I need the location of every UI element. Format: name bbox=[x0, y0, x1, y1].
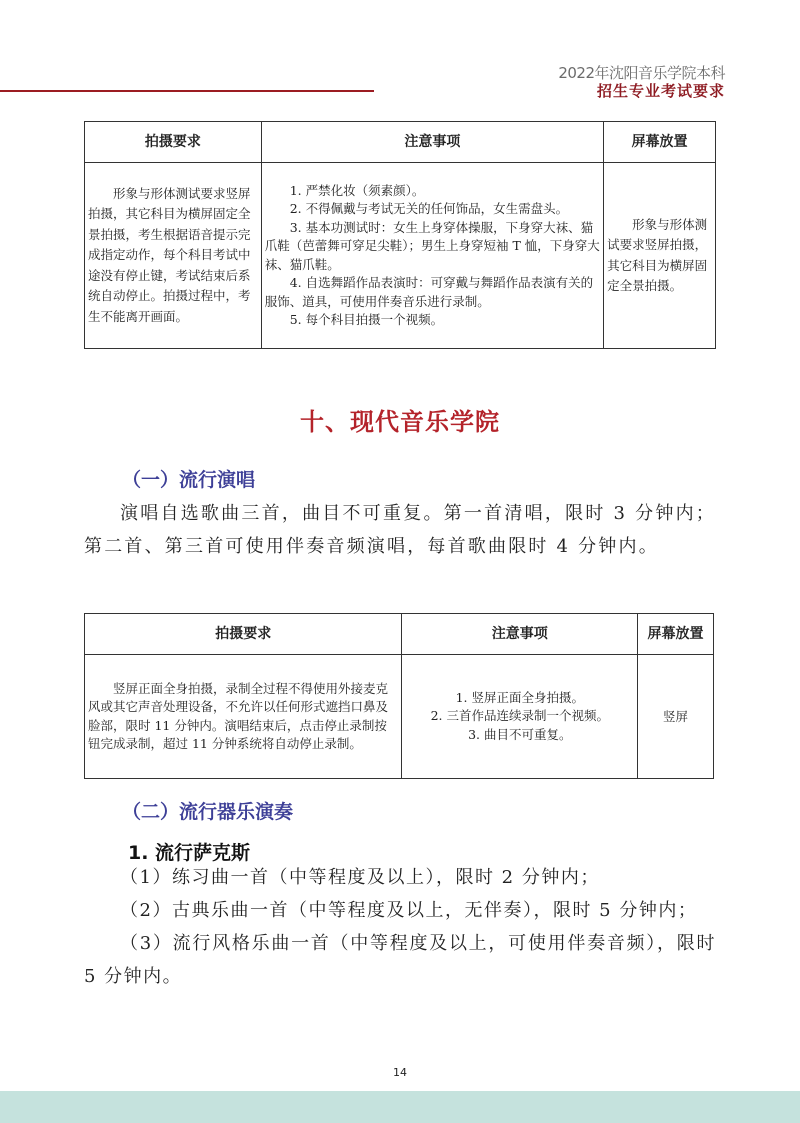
note-item: 3. 曲目不可重复。 bbox=[405, 726, 634, 745]
list-item: （3）流行风格乐曲一首（中等程度及以上，可使用伴奏音频），限时 5 分钟内。 bbox=[84, 927, 716, 993]
screen-cell: 形象与形体测试要求竖屏拍摄，其它科目为横屏固定全景拍摄。 bbox=[604, 163, 716, 349]
note-item: 2. 三首作品连续录制一个视频。 bbox=[405, 707, 634, 726]
subsection-heading: （一）流行演唱 bbox=[122, 465, 255, 492]
list-item: （2）古典乐曲一首（中等程度及以上，无伴奏），限时 5 分钟内； bbox=[84, 894, 716, 927]
header-subtitle: 招生专业考试要求 bbox=[380, 80, 725, 101]
column-header: 拍摄要求 bbox=[85, 614, 402, 655]
column-header: 屏幕放置 bbox=[638, 614, 714, 655]
note-item: 4. 自选舞蹈作品表演时：可穿戴与舞蹈作品表演有关的服饰、道具，可使用伴奏音乐进… bbox=[265, 274, 600, 311]
vocal-shooting-requirements-table: 拍摄要求 注意事项 屏幕放置 竖屏正面全身拍摄，录制全过程不得使用外接麦克风或其… bbox=[84, 613, 714, 779]
section-title: 十、现代音乐学院 bbox=[0, 402, 800, 437]
notes-cell: 1. 严禁化妆（须素颜）。 2. 不得佩戴与考试无关的任何饰品，女生需盘头。 3… bbox=[261, 163, 603, 349]
screen-cell: 竖屏 bbox=[638, 655, 714, 779]
note-item: 1. 竖屏正面全身拍摄。 bbox=[405, 689, 634, 708]
table-header-row: 拍摄要求 注意事项 屏幕放置 bbox=[85, 614, 714, 655]
note-item: 2. 不得佩戴与考试无关的任何饰品，女生需盘头。 bbox=[265, 200, 600, 219]
column-header: 屏幕放置 bbox=[604, 122, 716, 163]
note-item: 1. 严禁化妆（须素颜）。 bbox=[265, 182, 600, 201]
note-item: 3. 基本功测试时：女生上身穿体操服，下身穿大袜、猫爪鞋（芭蕾舞可穿足尖鞋）；男… bbox=[265, 219, 600, 275]
dance-shooting-requirements-table: 拍摄要求 注意事项 屏幕放置 形象与形体测试要求竖屏拍摄，其它科目为横屏固定全景… bbox=[84, 121, 716, 349]
list-item: （1）练习曲一首（中等程度及以上），限时 2 分钟内； bbox=[84, 861, 716, 894]
footer-band bbox=[0, 1091, 800, 1123]
page-number: 14 bbox=[0, 1066, 800, 1079]
header-rule bbox=[0, 90, 374, 92]
paragraph: 演唱自选歌曲三首，曲目不可重复。第一首清唱，限时 3 分钟内；第二首、第三首可使… bbox=[84, 497, 716, 563]
column-header: 注意事项 bbox=[402, 614, 638, 655]
subsection-heading: （二）流行器乐演奏 bbox=[122, 797, 293, 824]
column-header: 拍摄要求 bbox=[85, 122, 262, 163]
item-list: （1）练习曲一首（中等程度及以上），限时 2 分钟内； （2）古典乐曲一首（中等… bbox=[84, 861, 716, 993]
notes-cell: 1. 竖屏正面全身拍摄。 2. 三首作品连续录制一个视频。 3. 曲目不可重复。 bbox=[402, 655, 638, 779]
table-header-row: 拍摄要求 注意事项 屏幕放置 bbox=[85, 122, 716, 163]
requirement-cell: 形象与形体测试要求竖屏拍摄，其它科目为横屏固定全景拍摄，考生根据语音提示完成指定… bbox=[85, 163, 262, 349]
column-header: 注意事项 bbox=[261, 122, 603, 163]
table-row: 形象与形体测试要求竖屏拍摄，其它科目为横屏固定全景拍摄，考生根据语音提示完成指定… bbox=[85, 163, 716, 349]
note-item: 5. 每个科目拍摄一个视频。 bbox=[265, 311, 600, 330]
requirement-cell: 竖屏正面全身拍摄，录制全过程不得使用外接麦克风或其它声音处理设备，不允许以任何形… bbox=[85, 655, 402, 779]
table-row: 竖屏正面全身拍摄，录制全过程不得使用外接麦克风或其它声音处理设备，不允许以任何形… bbox=[85, 655, 714, 779]
